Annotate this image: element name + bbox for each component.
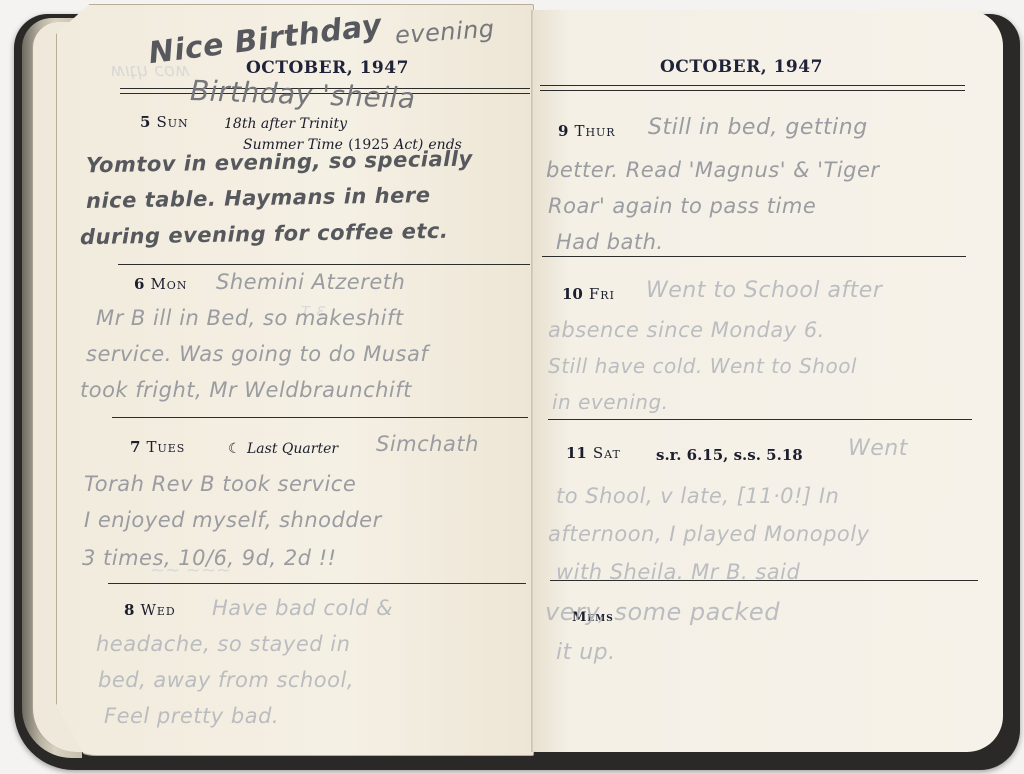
- day-divider: [548, 419, 972, 420]
- diary-entry-line: Torah Rev B took service: [84, 472, 356, 496]
- header-rule: [540, 85, 965, 91]
- day-weekday: Tues: [146, 438, 185, 456]
- day-weekday: Fri: [589, 285, 615, 303]
- diary-entry-line: in evening.: [552, 390, 669, 414]
- month-header: OCTOBER, 1947: [660, 57, 823, 77]
- month-header: OCTOBER, 1947: [246, 58, 409, 78]
- diary-entry-line: very, some packed: [545, 598, 780, 626]
- day-number: 5: [140, 113, 150, 131]
- printed-note: 18th after Trinity: [224, 116, 347, 132]
- day-label: 10Fri: [562, 285, 615, 303]
- day-number: 8: [124, 601, 134, 619]
- diary-entry-line: it up.: [556, 640, 616, 665]
- diary-entry-line: better. Read 'Magnus' & 'Tiger: [546, 158, 880, 182]
- day-weekday: Thur: [574, 122, 615, 140]
- day-weekday: Mon: [150, 275, 187, 293]
- diary-entry-line: Simchath: [376, 432, 479, 456]
- diary-entry-line: afternoon, I played Monopoly: [548, 522, 870, 546]
- day-label: 8Wed: [124, 601, 176, 619]
- day-label: 7Tues: [130, 438, 185, 456]
- day-label: 6Mon: [134, 275, 187, 293]
- day-number: 9: [558, 122, 568, 140]
- diary-entry-line: Feel pretty bad.: [104, 704, 279, 728]
- day-divider: [118, 264, 530, 265]
- day-label: 5Sun: [140, 113, 189, 131]
- day-number: 7: [130, 438, 140, 456]
- diary-entry-line: Still in bed, getting: [648, 115, 868, 140]
- diary-entry-line: Had bath.: [556, 230, 664, 254]
- diary-entry-line: to Shool, v late, [11·0!] In: [556, 484, 839, 508]
- diary-entry-line: Mr B ill in Bed, so makeshift: [96, 306, 404, 330]
- diary-entry-line: took fright, Mr Weldbraunchift: [80, 378, 412, 402]
- diary-entry-line: 3 times, 10/6, 9d, 2d !!: [82, 546, 337, 570]
- day-divider: [550, 580, 978, 581]
- day-divider: [108, 583, 526, 584]
- day-number: 10: [562, 285, 583, 303]
- diary-entry-line: Went: [848, 436, 908, 461]
- day-label: 11Sat: [566, 444, 621, 462]
- printed-note: Last Quarter: [247, 441, 338, 457]
- diary-entry-line: absence since Monday 6.: [548, 318, 825, 342]
- diary-entry-line: headache, so stayed in: [96, 632, 350, 656]
- diary-entry-line: I enjoyed myself, shnodder: [84, 508, 382, 532]
- day-weekday: Wed: [140, 601, 175, 619]
- day-number: 6: [134, 275, 144, 293]
- diary-entry-line: service. Was going to do Musaf: [86, 342, 428, 366]
- day-divider: [112, 417, 528, 418]
- sunrise-sunset-note: s.r. 6.15, s.s. 5.18: [656, 446, 803, 464]
- day-divider: [542, 256, 966, 257]
- diary-entry-line: Have bad cold &: [212, 596, 393, 620]
- day-weekday: Sat: [593, 444, 621, 462]
- diary-entry-line: bed, away from school,: [98, 668, 354, 692]
- diary-entry-line: Shemini Atzereth: [216, 270, 405, 294]
- day-number: 11: [566, 444, 587, 462]
- diary-entry-line: Went to School after: [646, 278, 882, 303]
- moon-phase-icon: ☾: [228, 441, 241, 457]
- day-label: 9Thur: [558, 122, 616, 140]
- diary-entry-line: Roar' again to pass time: [548, 194, 816, 218]
- diary-entry-line: Still have cold. Went to Shool: [548, 354, 857, 378]
- day-weekday: Sun: [156, 113, 188, 131]
